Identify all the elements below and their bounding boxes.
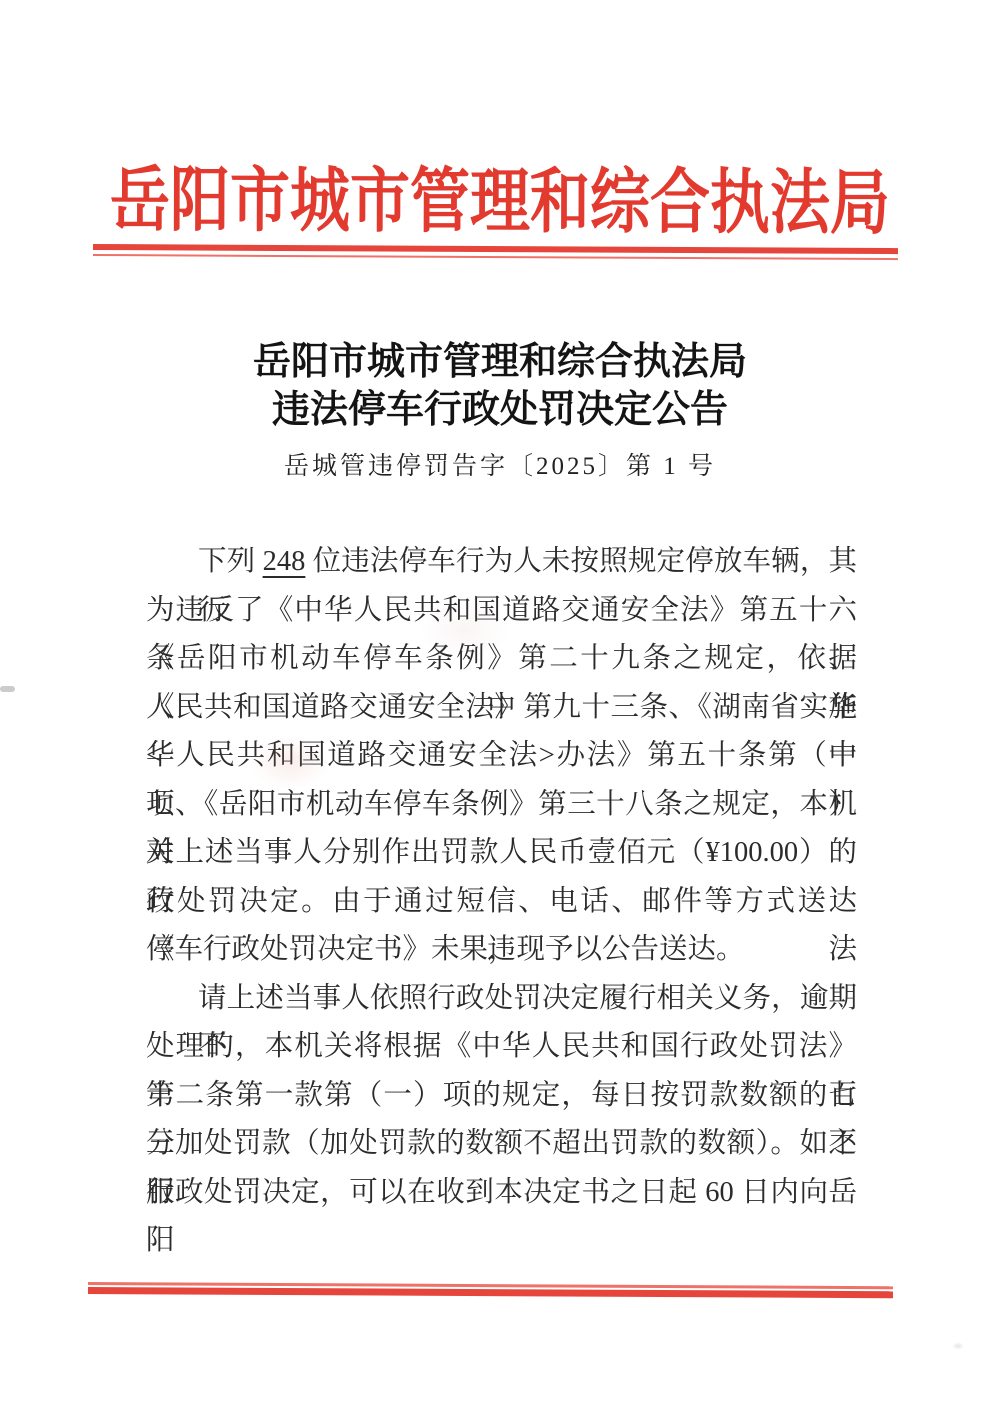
body-line: 项、《岳阳市机动车停车条例》第三十八条之规定，本机关 — [146, 781, 857, 830]
divider-thick-line — [88, 1287, 893, 1298]
body-line: 请上述当事人依照行政处罚决定履行相关义务，逾期不 — [146, 975, 857, 1024]
document-title-line1: 岳阳市城市管理和综合执法局 — [0, 338, 1000, 386]
divider-thin-line — [93, 253, 898, 260]
document-title-line2: 违法停车行政处罚决定公告 — [0, 386, 1000, 434]
body-line: 政处罚决定。由于通过短信、电话、邮件等方式送达《违法 — [146, 878, 857, 927]
body-line: 华人民共和国道路交通安全法>办法》第五十条第（十七） — [146, 732, 857, 781]
body-line: 对上述当事人分别作出罚款人民币壹佰元（¥100.00）的行 — [146, 829, 857, 878]
document-page: 岳阳市城市管理和综合执法局 岳阳市城市管理和综合执法局 违法停车行政处罚决定公告… — [0, 0, 1000, 1413]
document-title: 岳阳市城市管理和综合执法局 违法停车行政处罚决定公告 — [0, 338, 1000, 434]
footer-divider — [88, 1282, 893, 1298]
body-line: 为违反了《中华人民共和国道路交通安全法》第五十六条、 — [146, 587, 857, 636]
document-number: 岳城管违停罚告字〔2025〕第 1 号 — [0, 446, 1000, 482]
body-line: 处理的，本机关将根据《中华人民共和国行政处罚法》第七 — [146, 1023, 857, 1072]
violation-count: 248 — [263, 546, 306, 577]
body-line: 人民共和国道路交通安全法》第九十三条、《湖南省实施<中 — [146, 684, 857, 733]
scan-artifact — [952, 1342, 964, 1350]
body-text-segment: 停车行政处罚决定书》未果，现予以公告送达。 — [146, 934, 745, 965]
scan-artifact — [0, 686, 15, 692]
body-line: 《岳阳市机动车停车条例》第二十九条之规定，依据《中华 — [146, 635, 857, 684]
announcement-body: 下列 248 位违法停车行为人未按照规定停放车辆，其行为违反了《中华人民共和国道… — [146, 538, 857, 1217]
body-text-segment: 下列 — [198, 546, 263, 577]
letterhead-title: 岳阳市城市管理和综合执法局 — [0, 143, 1000, 249]
body-line: 下列 248 位违法停车行为人未按照规定停放车辆，其行 — [146, 538, 857, 587]
body-line: 十二条第一款第（一）项的规定，每日按罚款数额的百分之 — [146, 1072, 857, 1121]
body-line: 三加处罚款（加处罚款的数额不超出罚款的数额）。如不服 — [146, 1120, 857, 1169]
body-line: 行政处罚决定，可以在收到本决定书之日起 60 日内向岳阳 — [146, 1169, 857, 1218]
body-text-segment: 行政处罚决定，可以在收到本决定书之日起 60 日内向岳阳 — [146, 1177, 857, 1257]
